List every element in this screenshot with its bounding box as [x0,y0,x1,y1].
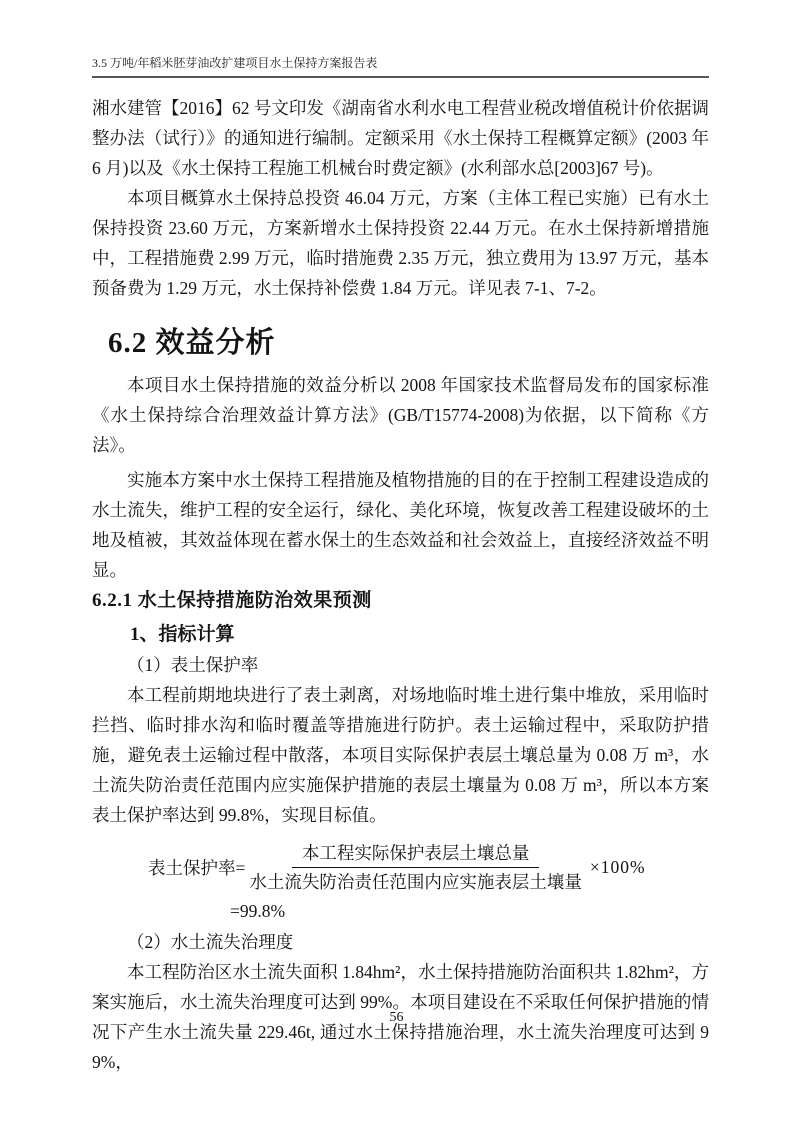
document-page: 3.5 万吨/年稻米胚芽油改扩建项目水土保持方案报告表 湘水建管【2016】62… [0,0,793,1122]
list-item-erosion-control-degree: （2）水土流失治理度 [92,927,709,957]
formula-fraction: 本工程实际保护表层土壤总量 水土流失防治责任范围内应实施表层土壤量 [247,842,584,893]
subsection-heading-effect-prediction: 6.2.1 水土保持措施防治效果预测 [92,587,709,615]
formula-label: 表土保护率= [148,855,245,880]
paragraph-investment-summary: 本项目概算水土保持总投资 46.04 万元，方案（主体工程已实施）已有水土保持投… [92,183,709,303]
header-title: 3.5 万吨/年稻米胚芽油改扩建项目水土保持方案报告表 [92,56,377,70]
formula-result: =99.8% [230,899,709,923]
paragraph-measure-purpose: 实施本方案中水土保持工程措施及植物措施的目的在于控制工程建设造成的水土流失，维护… [92,465,709,585]
fraction-denominator: 水土流失防治责任范围内应实施表层土壤量 [247,868,584,893]
page-number: 56 [390,1010,404,1025]
paragraph-analysis-basis: 本项目水土保持措施的效益分析以 2008 年国家技术监督局发布的国家标准《水土保… [92,370,709,460]
paragraph-topsoil-protection: 本工程前期地块进行了表土剥离，对场地临时堆土进行集中堆放，采用临时拦挡、临时排水… [92,680,709,830]
section-heading-benefit-analysis: 6.2 效益分析 [108,323,709,363]
list-item-topsoil-protection-rate: （1）表土保护率 [92,650,709,680]
page-footer: 56 [0,1010,793,1026]
fraction-numerator: 本工程实际保护表层土壤总量 [292,842,540,868]
list-heading-indicator-calculation: 1、指标计算 [92,620,709,650]
formula-topsoil-protection-rate: 表土保护率= 本工程实际保护表层土壤总量 水土流失防治责任范围内应实施表层土壤量… [148,842,709,893]
formula-multiplier: ×100% [590,857,646,878]
document-header: 3.5 万吨/年稻米胚芽油改扩建项目水土保持方案报告表 [92,56,709,78]
paragraph-budget-basis: 湘水建管【2016】62 号文印发《湖南省水利水电工程营业税改增值税计价依据调整… [92,93,709,183]
